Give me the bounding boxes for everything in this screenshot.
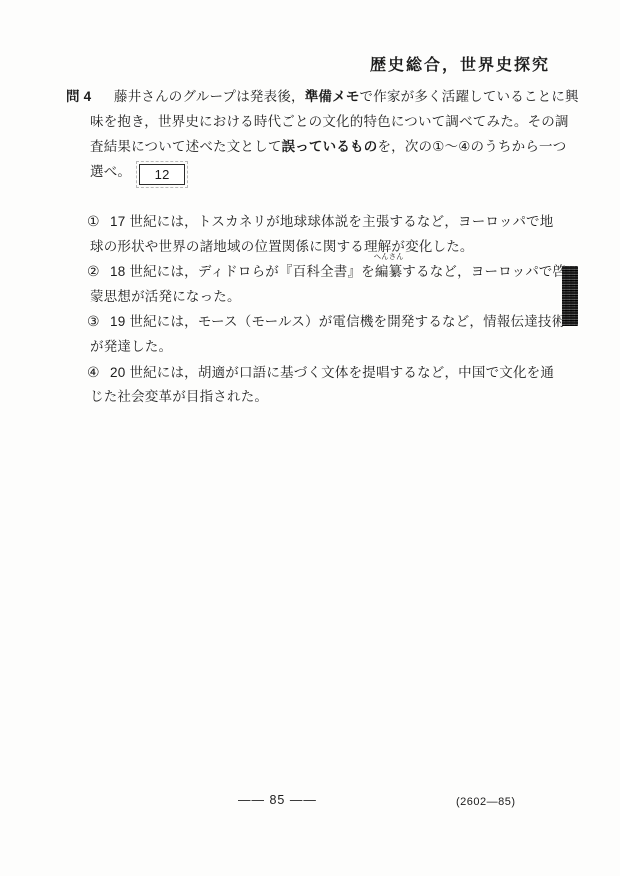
question-text: で作家が多く活躍していることに興: [360, 89, 579, 104]
exam-document-page: 歴史総合，世界史探究 問 4藤井さんのグループは発表後，準備メモで作家が多く活躍…: [0, 0, 620, 876]
print-code: (2602—85): [456, 796, 516, 808]
option-2-line-1: ②18 世紀には，ディドロらが『百科全書』を編纂へんさんするなど，ヨーロッパで啓: [87, 259, 565, 285]
option-3-text: 19 世紀には，モース（モールス）が電信機を開発するなど，情報伝達技術: [110, 314, 565, 329]
option-2-text: するなど，ヨーロッパで啓: [402, 264, 566, 279]
question-text: を，次の①～④のうちから一つ: [377, 139, 566, 154]
options-list: ①17 世紀には，トスカネリが地球球体説を主張するなど，ヨーロッパで地 球の形状…: [87, 209, 565, 410]
option-2-line-2: 蒙思想が活発になった。: [90, 285, 565, 310]
page-number: —— 85 ——: [238, 793, 317, 807]
option-1-text: 17 世紀には，トスカネリが地球球体説を主張するなど，ヨーロッパで地: [110, 214, 553, 229]
question-text-bold: 誤っているもの: [282, 139, 378, 154]
option-2-marker: ②: [87, 259, 101, 284]
document-header-title: 歴史総合，世界史探究: [370, 52, 550, 75]
question-text: 藤井さんのグループは発表後，: [114, 89, 305, 104]
option-1-line-1: ①17 世紀には，トスカネリが地球球体説を主張するなど，ヨーロッパで地: [87, 209, 565, 235]
question-line-3: 査結果について述べた文として誤っているものを，次の①～④のうちから一つ: [90, 134, 566, 159]
answer-number-box: 12: [139, 164, 185, 185]
option-3-line-2: が発達した。: [90, 335, 565, 360]
question-line-4: 選べ。12: [90, 159, 566, 185]
question-line-2: 味を抱き，世界史における時代ごとの文化的特色について調べてみた。その調: [90, 109, 566, 134]
question-number-label: 問 4: [66, 84, 114, 109]
option-2-text: 18 世紀には，ディドロらが『百科全書』を: [110, 264, 375, 279]
question-line-1: 問 4藤井さんのグループは発表後，準備メモで作家が多く活躍していることに興: [66, 84, 566, 109]
option-3-line-1: ③19 世紀には，モース（モールス）が電信機を開発するなど，情報伝達技術: [87, 309, 565, 335]
binding-registration-mark: [562, 266, 578, 326]
option-2-ruby-base: 編纂: [375, 264, 402, 279]
option-3: ③19 世紀には，モース（モールス）が電信機を開発するなど，情報伝達技術 が発達…: [87, 309, 565, 359]
option-4-line-1: ④20 世紀には，胡適が口語に基づく文体を提唱するなど，中国で文化を通: [87, 360, 565, 386]
option-1-line-2: 球の形状や世界の諸地域の位置関係に関する理解が変化した。: [90, 235, 565, 260]
option-4-text: 20 世紀には，胡適が口語に基づく文体を提唱するなど，中国で文化を通: [110, 365, 554, 380]
question-block: 問 4藤井さんのグループは発表後，準備メモで作家が多く活躍していることに興 味を…: [66, 84, 566, 185]
option-1: ①17 世紀には，トスカネリが地球球体説を主張するなど，ヨーロッパで地 球の形状…: [87, 209, 565, 259]
option-4: ④20 世紀には，胡適が口語に基づく文体を提唱するなど，中国で文化を通 じた社会…: [87, 360, 565, 410]
option-2-ruby-word: 編纂へんさん: [375, 260, 402, 285]
option-4-line-2: じた社会変革が目指された。: [90, 385, 565, 410]
question-text-bold: 準備メモ: [305, 89, 360, 104]
option-1-marker: ①: [87, 209, 101, 234]
option-2-furigana: へんさん: [374, 253, 404, 260]
option-2: ②18 世紀には，ディドロらが『百科全書』を編纂へんさんするなど，ヨーロッパで啓…: [87, 259, 565, 309]
option-4-marker: ④: [87, 360, 101, 385]
option-3-marker: ③: [87, 309, 101, 334]
question-text: 選べ。: [90, 164, 131, 179]
question-text: 査結果について述べた文として: [90, 139, 282, 154]
